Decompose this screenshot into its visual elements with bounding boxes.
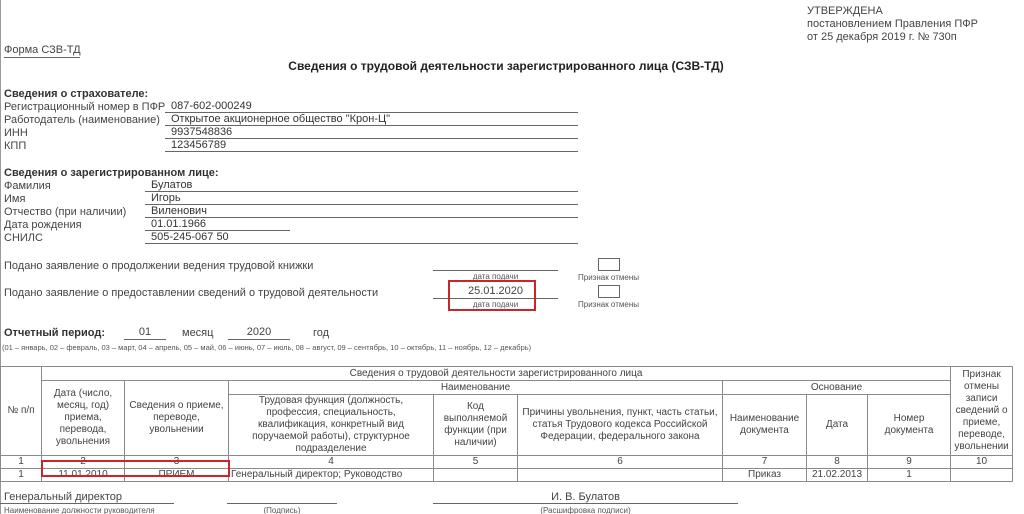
field-label-snils: СНИЛС xyxy=(4,232,43,244)
field-snils[interactable]: 505-245-067 50 xyxy=(145,231,578,244)
basis-header: Основание xyxy=(723,381,951,395)
period-month-label: месяц xyxy=(182,327,213,339)
col-number: 8 xyxy=(807,456,868,469)
insurer-heading: Сведения о страхователе: xyxy=(4,88,148,100)
person-heading: Сведения о зарегистрированном лице: xyxy=(4,167,219,179)
field-birthdate[interactable]: 01.01.1966 xyxy=(145,218,290,231)
field-label-patronymic: Отчество (при наличии) xyxy=(4,206,126,218)
approval-note: УТВЕРЖДЕНА постановлением Правления ПФР … xyxy=(807,5,978,44)
period-month[interactable]: 01 xyxy=(124,326,166,340)
field-inn[interactable]: 9937548836 xyxy=(165,126,578,139)
field-name[interactable]: Игорь xyxy=(145,192,578,205)
form-name: Форма СЗВ-ТД xyxy=(4,44,80,58)
field-surname[interactable]: Булатов xyxy=(145,179,578,192)
cell-number: 1 xyxy=(1,469,42,482)
cell-doc-name: Приказ xyxy=(723,469,807,482)
period-year[interactable]: 2020 xyxy=(228,326,290,340)
approval-line-1: УТВЕРЖДЕНА xyxy=(807,5,978,18)
field-label-reg-number: Регистрационный номер в ПФР xyxy=(4,101,165,113)
col-header-number: № п/п xyxy=(1,367,42,456)
cancel-checkbox-info[interactable] xyxy=(598,285,620,298)
highlight-hire-record xyxy=(41,460,230,477)
col-header-cancel: Признак отмены записи сведений о приеме,… xyxy=(951,367,1013,456)
naming-header: Наименование xyxy=(229,381,723,395)
col-header-doc-number: Номер документа xyxy=(868,395,951,456)
field-label-employer: Работодатель (наименование) xyxy=(4,114,160,126)
signature-name-caption: (Расшифровка подписи) xyxy=(433,506,738,514)
col-header-reasons: Причины увольнения, пункт, часть статьи,… xyxy=(518,395,723,456)
highlight-application-date xyxy=(448,280,536,311)
cell-doc-number: 1 xyxy=(868,469,951,482)
name-line xyxy=(433,503,738,504)
field-label-surname: Фамилия xyxy=(4,180,51,192)
document-title: Сведения о трудовой деятельности зарегис… xyxy=(0,59,1012,73)
signature-position-caption: Наименование должности руководителя xyxy=(4,506,155,514)
field-label-kpp: КПП xyxy=(4,140,26,152)
period-label: Отчетный период: xyxy=(4,327,105,339)
period-year-label: год xyxy=(313,327,329,339)
period-legend: (01 – январь, 02 – февраль, 03 – март, 0… xyxy=(2,343,531,352)
field-label-birthdate: Дата рождения xyxy=(4,219,82,231)
col-number: 10 xyxy=(951,456,1013,469)
cell-reasons xyxy=(518,469,723,482)
application-label-workbook: Подано заявление о продолжении ведения т… xyxy=(4,260,313,272)
field-label-inn: ИНН xyxy=(4,127,28,139)
col-header-code: Код выполняемой функции (при наличии) xyxy=(434,395,518,456)
signature-line xyxy=(227,503,337,504)
field-kpp[interactable]: 123456789 xyxy=(165,139,578,152)
cell-function: Генеральный директор; Руководство xyxy=(229,469,434,482)
signature-name: И. В. Булатов xyxy=(433,491,738,503)
col-number: 7 xyxy=(723,456,807,469)
field-employer[interactable]: Открытое акционерное общество "Крон-Ц" xyxy=(165,113,578,126)
field-reg-number[interactable]: 087-602-000249 xyxy=(165,100,578,113)
group-header: Сведения о трудовой деятельности зарегис… xyxy=(42,367,951,381)
cell-cancel xyxy=(951,469,1013,482)
col-number: 4 xyxy=(229,456,434,469)
col-header-function: Трудовая функция (должность, профессия, … xyxy=(229,395,434,456)
cell-code xyxy=(434,469,518,482)
position-line xyxy=(0,503,174,504)
signature-position: Генеральный директор xyxy=(4,491,122,503)
col-header-doc-date: Дата xyxy=(807,395,868,456)
approval-line-2: постановлением Правления ПФР xyxy=(807,18,978,31)
field-label-name: Имя xyxy=(4,193,25,205)
col-header-date: Дата (число, месяц, год) приема, перевод… xyxy=(42,381,125,456)
application-label-info: Подано заявление о предоставлении сведен… xyxy=(4,287,378,299)
signature-caption: (Подпись) xyxy=(227,506,337,514)
cancel-checkbox-workbook[interactable] xyxy=(598,258,620,271)
cancel-caption-workbook: Признак отмены xyxy=(578,273,639,282)
field-patronymic[interactable]: Виленович xyxy=(145,205,578,218)
application-date-workbook[interactable] xyxy=(433,258,558,271)
col-number: 1 xyxy=(1,456,42,469)
cancel-caption-info: Признак отмены xyxy=(578,300,639,309)
col-header-info: Сведения о приеме, переводе, увольнении xyxy=(125,381,229,456)
col-header-doc-name: Наименование документа xyxy=(723,395,807,456)
cell-doc-date: 21.02.2013 xyxy=(807,469,868,482)
approval-line-3: от 25 декабря 2019 г. № 730п xyxy=(807,31,978,44)
col-number: 5 xyxy=(434,456,518,469)
col-number: 9 xyxy=(868,456,951,469)
col-number: 6 xyxy=(518,456,723,469)
